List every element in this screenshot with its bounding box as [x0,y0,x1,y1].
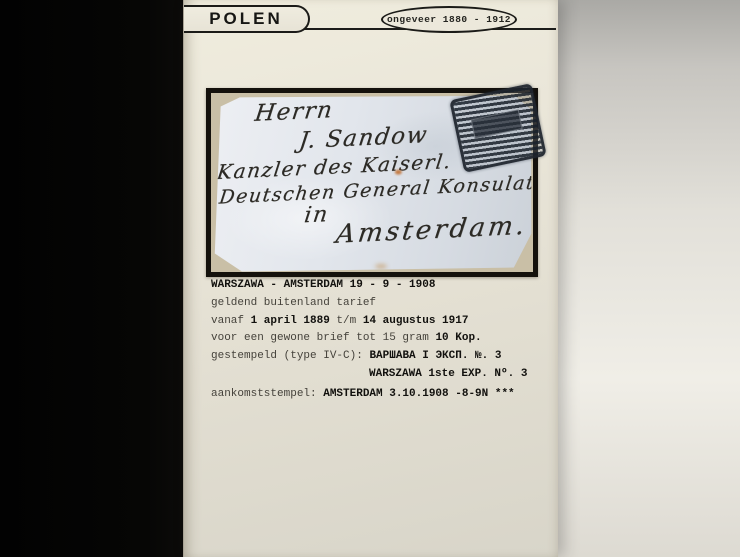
caption-line-cancel-polish: WARSZAWA 1ste EXP. Nº. 3 [211,366,541,384]
table-background [556,0,740,557]
caption-line-tariff: geldend buitenland tarief [211,295,541,313]
handwriting-line: Herrn [253,97,335,127]
postmark-stamp-icon [449,83,547,173]
caption-line-rate: voor een gewone brief tot 15 gram 10 Kop… [211,330,541,348]
country-label: POLEN [209,9,283,29]
photo-of-album-page: POLEN ongeveer 1880 - 1912 Herrn J. Sand… [0,0,740,557]
caption-line-cancel-type: gestempeld (type IV-C): ВАРШАВА I ЭКСП. … [211,348,541,366]
period-label: ongeveer 1880 - 1912 [387,14,511,25]
route-text: WARSZAWA - AMSTERDAM 19 - 9 - 1908 [211,279,435,291]
dark-backdrop [0,0,183,557]
caption-line-route: WARSZAWA - AMSTERDAM 19 - 9 - 1908 [211,277,541,295]
country-tab: POLEN [184,5,310,33]
cover-photo: Herrn J. Sandow Kanzler des Kaiserl. Deu… [206,88,538,277]
caption-line-validity: vanaf 1 april 1889 t/m 14 augustus 1917 [211,313,541,331]
tariff-text: geldend buitenland tarief [211,297,376,309]
caption-line-arrival: aankomststempel: AMSTERDAM 3.10.1908 -8-… [211,386,541,404]
period-oval: ongeveer 1880 - 1912 [381,6,517,33]
handwriting-line: in [303,202,331,228]
album-page: POLEN ongeveer 1880 - 1912 Herrn J. Sand… [183,0,558,557]
caption-block: WARSZAWA - AMSTERDAM 19 - 9 - 1908 gelde… [211,277,541,404]
ink-spot [395,170,402,175]
